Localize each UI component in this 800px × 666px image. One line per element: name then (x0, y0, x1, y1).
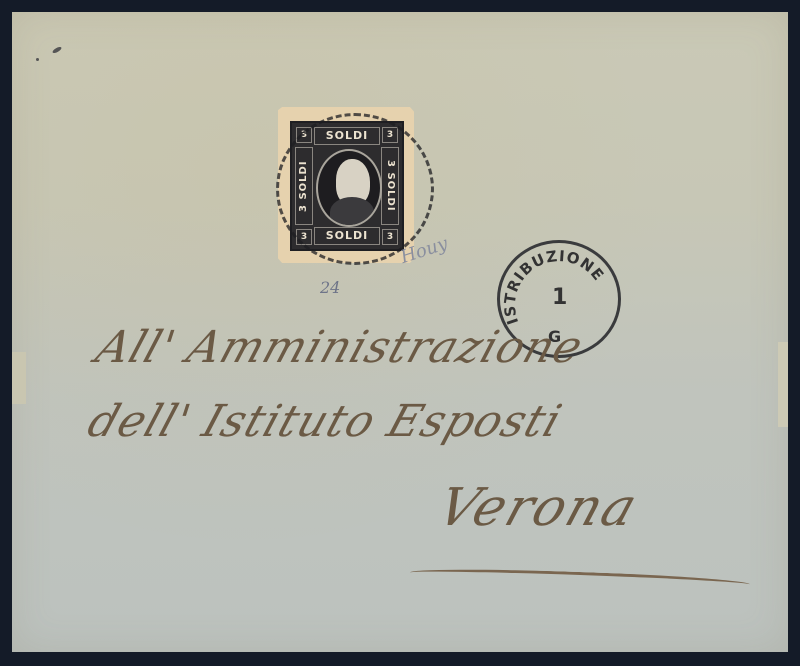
pencil-number: 24 (320, 278, 340, 297)
address-line-2: dell' Istituto Esposti (82, 396, 569, 447)
postmark-day: 1 (552, 285, 567, 310)
left-fold-edge (12, 352, 26, 404)
ink-spot (36, 58, 39, 61)
right-fold-edge (778, 342, 788, 427)
address-city: Verona (430, 478, 646, 538)
stamp-cancellation (276, 113, 434, 265)
address-line-1: All' Amministrazione (90, 322, 590, 373)
